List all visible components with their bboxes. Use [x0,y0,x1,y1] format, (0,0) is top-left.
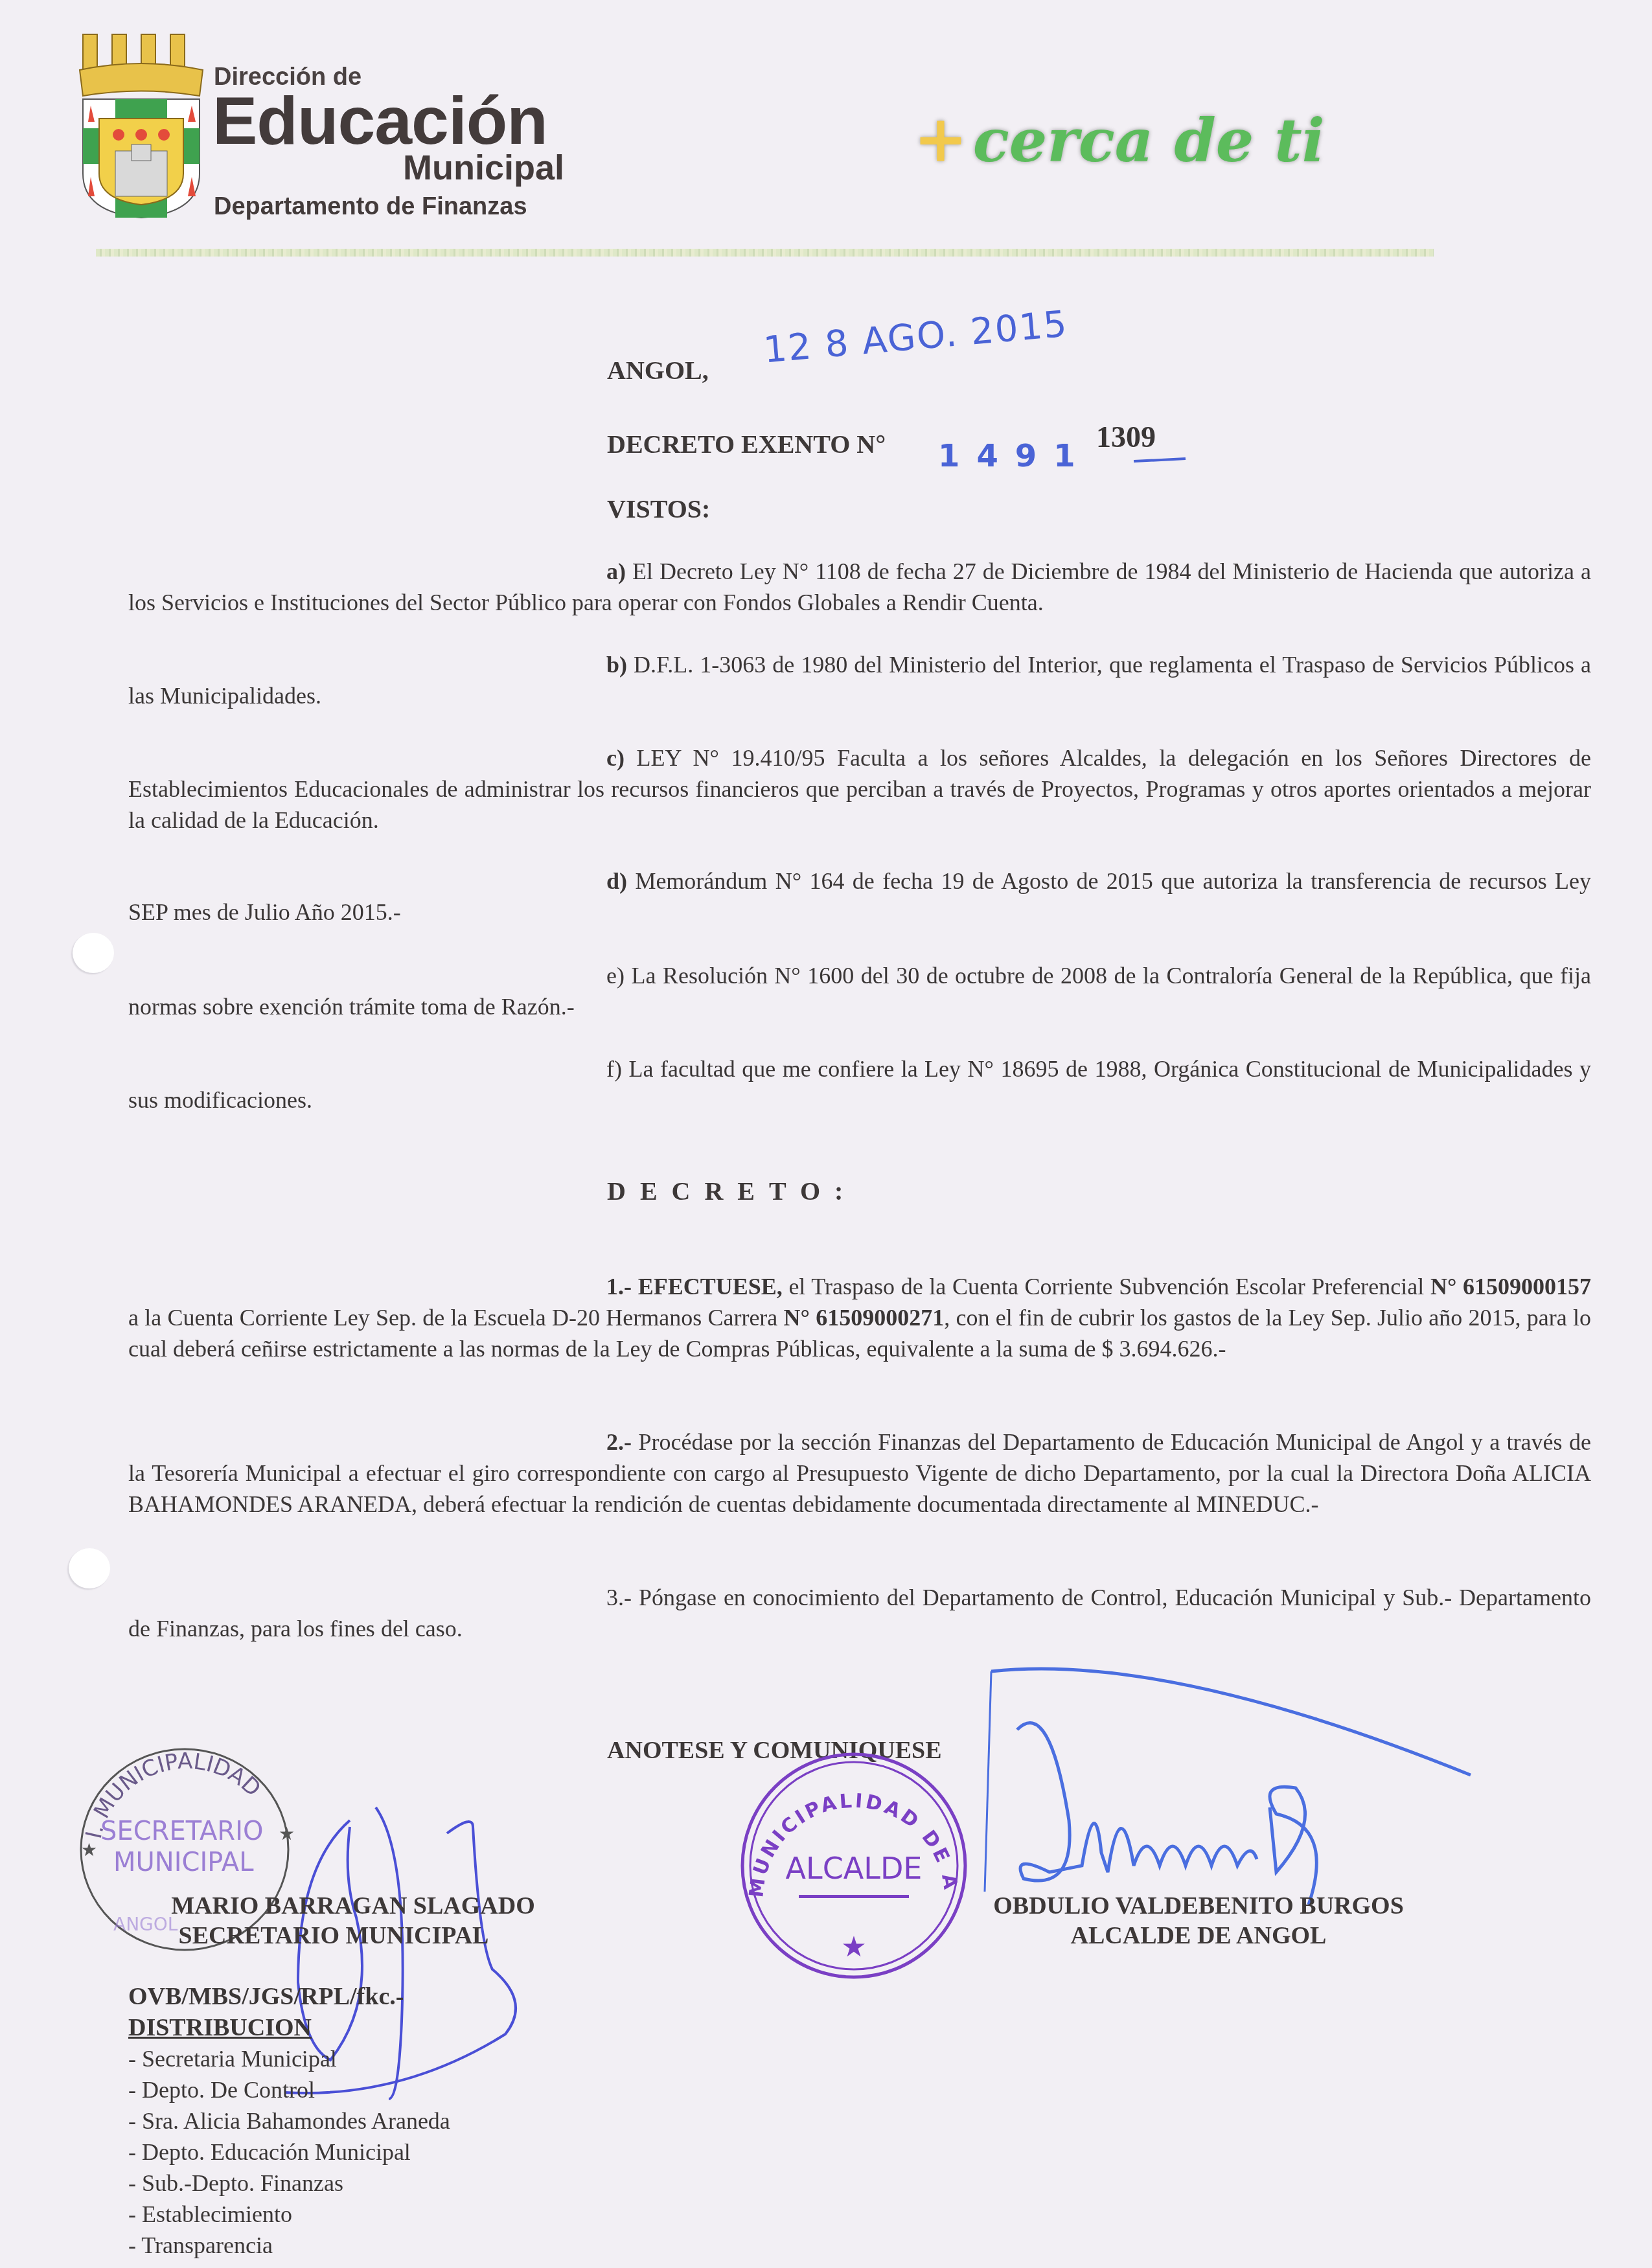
decreto-number: 3.- [606,1585,632,1610]
city-label: ANGOL, [607,355,709,385]
vistos-text: LEY N° 19.410/95 Faculta a los señores A… [128,745,1591,833]
decreto-item-2: 2.- Procédase por la sección Finanzas de… [128,1426,1591,1520]
decreto-lead: EFECTUESE, [638,1274,783,1300]
decreto-title: DECRETO: [607,1176,857,1206]
vistos-letter: e) [606,963,625,989]
mayor-signature [972,1658,1490,1930]
punch-hole [73,933,114,973]
slogan-logo: +cerca de ti [913,100,1325,177]
distribution-item: - Depto. De Control [128,2074,450,2105]
header-department-label: Departamento de Finanzas [214,193,527,221]
stamp-middle-text: MUNICIPAL [113,1848,254,1877]
vistos-text: La facultad que me confiere la Ley N° 18… [128,1056,1591,1113]
vistos-item-c: c) LEY N° 19.410/95 Faculta a los señore… [128,742,1591,836]
vistos-letter: a) [606,558,626,584]
vistos-label: VISTOS: [607,494,710,524]
vistos-text: La Resolución N° 1600 del 30 de octubre … [128,963,1591,1020]
stamp-center-text: ALCALDE [786,1851,923,1886]
vistos-text: Memorándum N° 164 de fecha 19 de Agosto … [128,868,1591,925]
distribution-item: - Depto. Educación Municipal [128,2136,450,2168]
decreto-item-1: 1.- EFECTUESE, el Traspaso de la Cuenta … [128,1271,1591,1364]
header-divider [96,249,1434,257]
star-icon: ★ [81,1840,97,1861]
decree-stamp-number: 1491 [938,438,1092,474]
distribution-item: - Sub.-Depto. Finanzas [128,2168,450,2199]
vistos-item-a: a) El Decreto Ley N° 1108 de fecha 27 de… [128,556,1591,618]
distribution-item: - Establecimiento [128,2199,450,2230]
star-icon: ★ [841,1931,866,1963]
vistos-letter: d) [606,868,627,894]
vistos-item-b: b) D.F.L. 1-3063 de 1980 del Ministerio … [128,649,1591,711]
distribution-item: - Sra. Alicia Bahamondes Araneda [128,2105,450,2136]
decree-label: DECRETO EXENTO N° [607,429,886,459]
stamp-middle-text: SECRETARIO [100,1816,263,1846]
header-municipal-label: Municipal [403,148,564,188]
mayor-title: ALCALDE DE ANGOL [972,1921,1425,1950]
decreto-text: Procédase por la sección Finanzas del De… [128,1429,1591,1517]
vistos-item-e: e) La Resolución N° 1600 del 30 de octub… [128,960,1591,1022]
decreto-number: 1.- [606,1274,632,1300]
vistos-letter: c) [606,745,625,771]
account-to: N° 61509000271 [784,1305,945,1331]
mayor-name: OBDULIO VALDEBENITO BURGOS [972,1892,1425,1920]
distribution-item: - Transparencia [128,2230,450,2261]
vistos-item-d: d) Memorándum N° 164 de fecha 19 de Agos… [128,865,1591,928]
vistos-item-f: f) La facultad que me confiere la Ley N°… [128,1053,1591,1116]
distribution-item: - Secretaria Municipal [128,2043,450,2074]
decreto-text: a la Cuenta Corriente Ley Sep. de la Esc… [128,1305,784,1331]
distribution-title: DISTRIBUCION [128,2012,450,2043]
slogan-text: cerca de ti [973,106,1325,176]
decreto-item-3: 3.- Póngase en conocimiento del Departam… [128,1582,1591,1644]
date-stamp: 12 8 AGO. 2015 [762,303,1070,372]
plus-icon: + [913,100,968,177]
punch-hole [69,1548,110,1588]
vistos-text: El Decreto Ley N° 1108 de fecha 27 de Di… [128,558,1591,615]
reference-code: OVB/MBS/JGS/RPL/fkc.- [128,1981,450,2012]
distribution-block: OVB/MBS/JGS/RPL/fkc.- DISTRIBUCION - Sec… [128,1981,450,2261]
secretary-title: SECRETARIO MUNICIPAL [159,1921,509,1950]
secretary-name: MARIO BARRAGAN SLAGADO [159,1892,547,1920]
vistos-letter: b) [606,652,627,678]
account-from: N° 61509000157 [1430,1274,1591,1300]
decreto-text: el Traspaso de la Cuenta Corriente Subve… [783,1274,1430,1300]
mayor-stamp: MUNICIPALIDAD DE ANGOL ALCALDE ★ [737,1749,970,1982]
decreto-number: 2.- [606,1429,632,1455]
vistos-letter: f) [606,1056,622,1082]
municipal-crest-logo [76,31,206,219]
vistos-text: D.F.L. 1-3063 de 1980 del Ministerio del… [128,652,1591,709]
decree-typed-number: 1309 [1096,420,1156,454]
crown-icon [80,34,203,96]
decree-ink-mark [1134,457,1186,463]
decreto-text: Póngase en conocimiento del Departamento… [128,1585,1591,1642]
